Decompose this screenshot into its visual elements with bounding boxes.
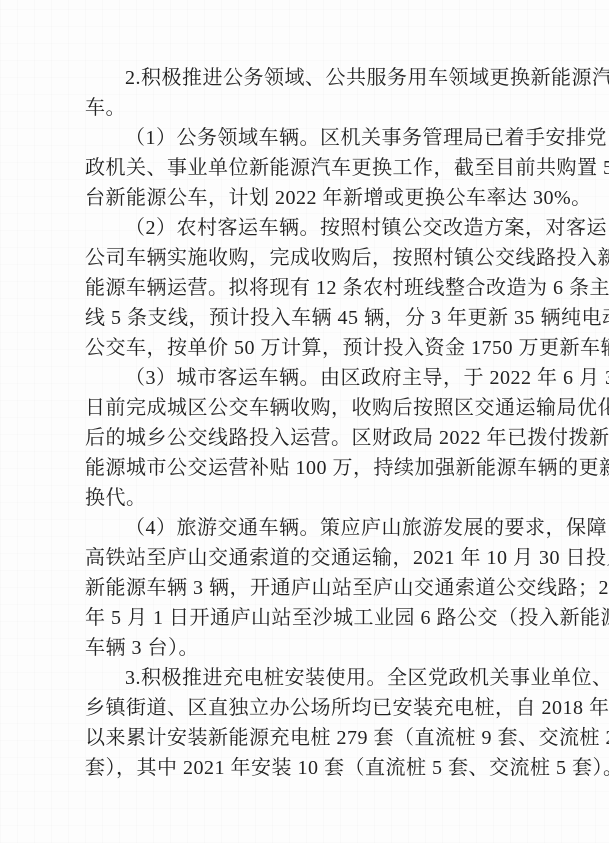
text-line: 后的城乡公交线路投入运营。区财政局 2022 年已拨付拨新: [85, 423, 531, 453]
document-page: 2.积极推进公务领域、公共服务用车领域更换新能源汽 车。 （1）公务领域车辆。区…: [0, 0, 609, 843]
text-line: 新能源车辆 3 辆，开通庐山站至庐山交通索道公交线路；2022: [85, 573, 531, 603]
text-line: 日前完成城区公交车辆收购，收购后按照区交通运输局优化: [85, 393, 531, 423]
text-line: 公交车，按单价 50 万计算，预计投入资金 1750 万更新车辆。: [85, 333, 531, 363]
text-line: 政机关、事业单位新能源汽车更换工作，截至目前共购置 5: [85, 153, 531, 183]
text-line: 线 5 条支线，预计投入车辆 45 辆，分 3 年更新 35 辆纯电动: [85, 303, 531, 333]
text-line: 乡镇街道、区直独立办公场所均已安装充电桩，自 2018 年: [85, 693, 531, 723]
text-line: （2）农村客运车辆。按照村镇公交改造方案，对客运: [85, 213, 531, 243]
text-line: 车辆 3 台）。: [85, 633, 531, 663]
text-line: 3.积极推进充电桩安装使用。全区党政机关事业单位、: [85, 663, 531, 693]
text-line: 能源城市公交运营补贴 100 万，持续加强新能源车辆的更新: [85, 453, 531, 483]
text-line: 公司车辆实施收购，完成收购后，按照村镇公交线路投入新: [85, 243, 531, 273]
text-line: 车。: [85, 93, 531, 123]
text-line: （3）城市客运车辆。由区政府主导，于 2022 年 6 月 30: [85, 363, 531, 393]
text-line: 年 5 月 1 日开通庐山站至沙城工业园 6 路公交（投入新能源: [85, 603, 531, 633]
text-line: 2.积极推进公务领域、公共服务用车领域更换新能源汽: [85, 63, 531, 93]
text-line: 换代。: [85, 483, 531, 513]
text-line: （1）公务领域车辆。区机关事务管理局已着手安排党: [85, 123, 531, 153]
text-line: 套），其中 2021 年安装 10 套（直流桩 5 套、交流桩 5 套）。: [85, 753, 531, 783]
text-line: （4）旅游交通车辆。策应庐山旅游发展的要求，保障: [85, 513, 531, 543]
text-line: 高铁站至庐山交通索道的交通运输，2021 年 10 月 30 日投入: [85, 543, 531, 573]
text-line: 能源车辆运营。拟将现有 12 条农村班线整合改造为 6 条主: [85, 273, 531, 303]
text-line: 台新能源公车，计划 2022 年新增或更换公车率达 30%。: [85, 183, 531, 213]
document-body: 2.积极推进公务领域、公共服务用车领域更换新能源汽 车。 （1）公务领域车辆。区…: [85, 63, 531, 783]
text-line: 以来累计安装新能源充电桩 279 套（直流桩 9 套、交流桩 270: [85, 723, 531, 753]
